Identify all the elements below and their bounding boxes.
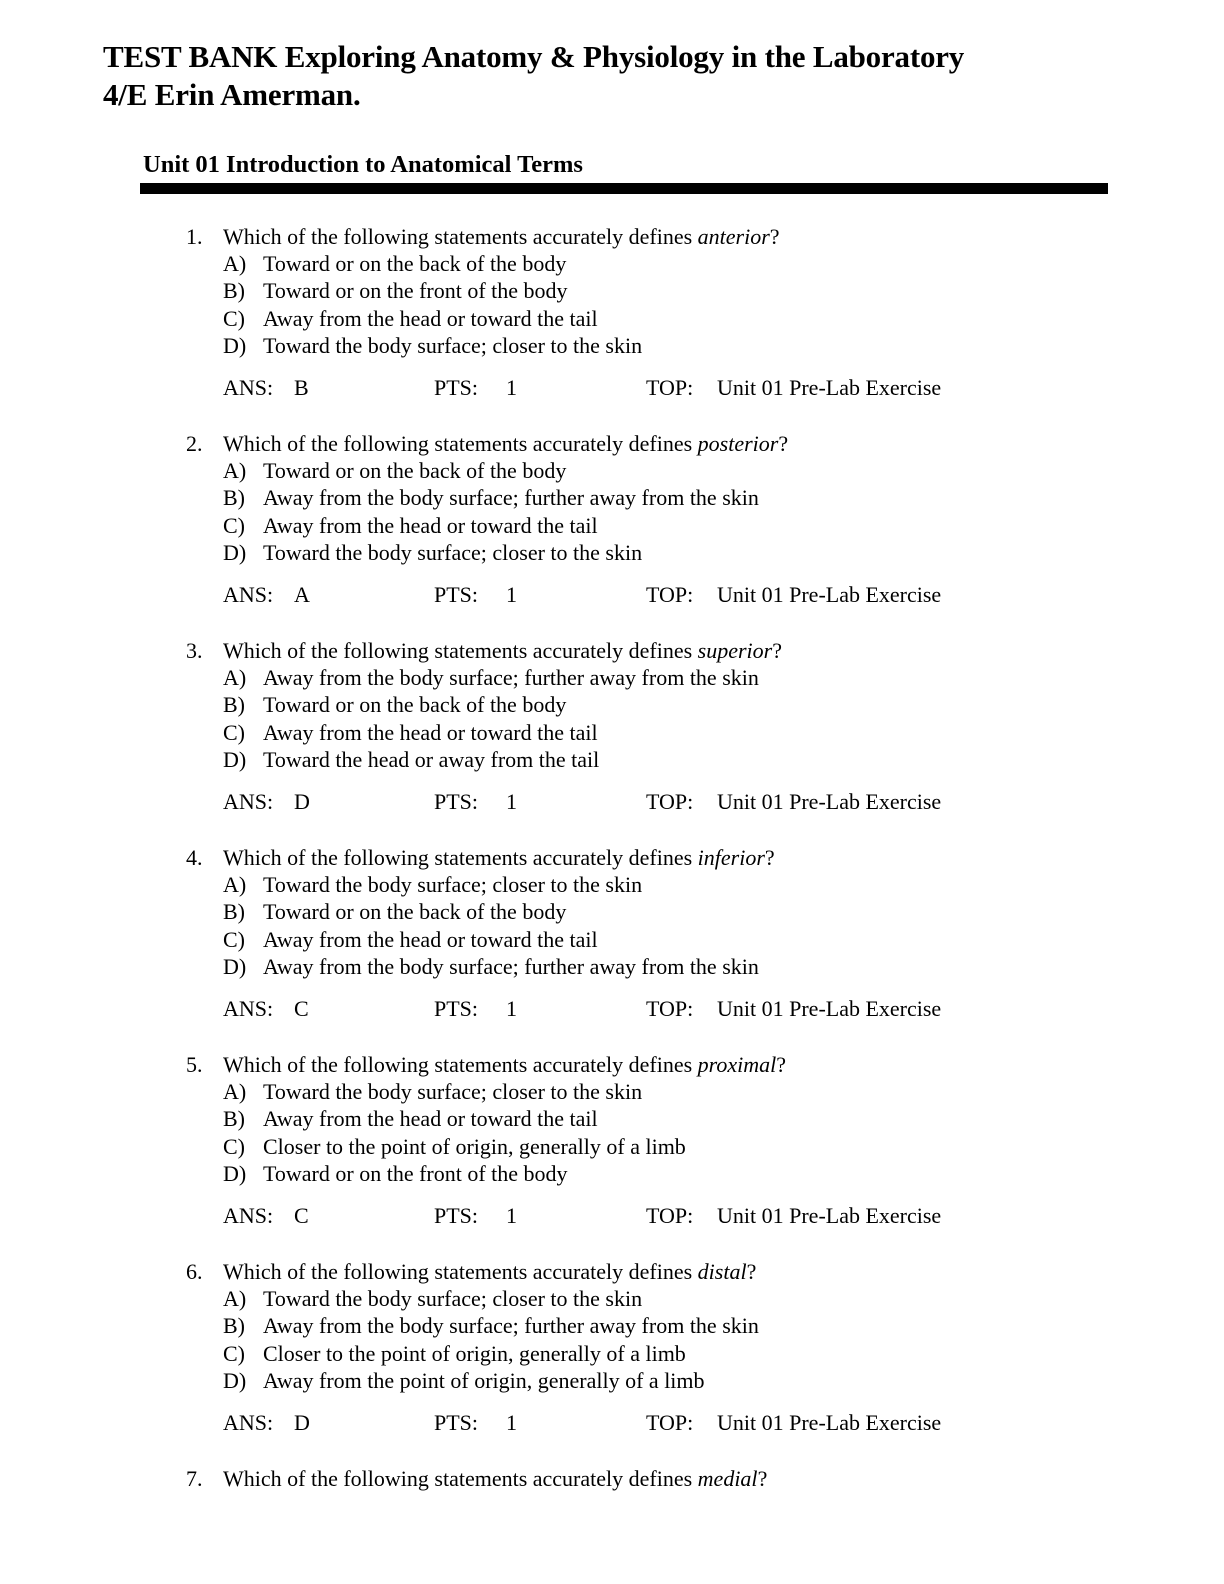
topic-value: Unit 01 Pre-Lab Exercise [717,581,941,608]
answer-value: A [294,581,310,608]
choice-d: D)Toward the body surface; closer to the… [186,332,1006,359]
question-text: Which of the following statements accura… [223,1258,756,1285]
unit-heading: Unit 01 Introduction to Anatomical Terms [143,150,583,180]
choice-d: D)Toward the body surface; closer to the… [186,539,1006,566]
choice-d: D)Toward the head or away from the tail [186,746,1006,773]
question-number: 1. [186,223,203,250]
question-3: 3. Which of the following statements acc… [186,637,1006,816]
choice-c: C)Closer to the point of origin, general… [186,1340,1006,1367]
answer-meta: ANS:D PTS:1 TOP:Unit 01 Pre-Lab Exercise [186,788,1006,816]
answer-meta: ANS:B PTS:1 TOP:Unit 01 Pre-Lab Exercise [186,374,1006,402]
title-line-1: TEST BANK Exploring Anatomy & Physiology… [103,38,1103,76]
heading-rule-divider [140,183,1108,194]
points-value: 1 [506,995,517,1022]
question-text: Which of the following statements accura… [223,223,780,250]
choice-d: D)Away from the point of origin, general… [186,1367,1006,1394]
question-term: anterior [698,224,770,249]
question-number: 6. [186,1258,203,1285]
choice-a: A)Toward the body surface; closer to the… [186,1078,1006,1105]
choice-a: A)Toward or on the back of the body [186,250,1006,277]
choice-b: B)Toward or on the front of the body [186,277,1006,304]
answer-value: C [294,1202,309,1229]
question-text: Which of the following statements accura… [223,430,788,457]
choice-c: C)Closer to the point of origin, general… [186,1133,1006,1160]
choice-d: D)Toward or on the front of the body [186,1160,1006,1187]
choice-b: B)Away from the body surface; further aw… [186,1312,1006,1339]
answer-meta: ANS:C PTS:1 TOP:Unit 01 Pre-Lab Exercise [186,1202,1006,1230]
question-number: 5. [186,1051,203,1078]
choice-b: B)Toward or on the back of the body [186,691,1006,718]
choice-a: A)Toward the body surface; closer to the… [186,871,1006,898]
answer-value: D [294,1409,310,1436]
question-5: 5. Which of the following statements acc… [186,1051,1006,1230]
topic-value: Unit 01 Pre-Lab Exercise [717,1409,941,1436]
question-2: 2. Which of the following statements acc… [186,430,1006,609]
answer-value: D [294,788,310,815]
choice-b: B)Away from the body surface; further aw… [186,484,1006,511]
question-stem: 7. Which of the following statements acc… [186,1465,1006,1492]
question-stem: 2. Which of the following statements acc… [186,430,1006,457]
choice-a: A)Toward the body surface; closer to the… [186,1285,1006,1312]
question-4: 4. Which of the following statements acc… [186,844,1006,1023]
answer-value: C [294,995,309,1022]
choice-a: A)Away from the body surface; further aw… [186,664,1006,691]
document-title: TEST BANK Exploring Anatomy & Physiology… [103,38,1103,114]
choice-b: B)Away from the head or toward the tail [186,1105,1006,1132]
question-term: posterior [698,431,779,456]
question-stem: 3. Which of the following statements acc… [186,637,1006,664]
question-term: proximal [698,1052,777,1077]
choice-c: C)Away from the head or toward the tail [186,926,1006,953]
question-text: Which of the following statements accura… [223,637,782,664]
topic-value: Unit 01 Pre-Lab Exercise [717,374,941,401]
points-value: 1 [506,788,517,815]
choice-c: C)Away from the head or toward the tail [186,719,1006,746]
question-1: 1. Which of the following statements acc… [186,223,1006,402]
question-number: 4. [186,844,203,871]
topic-value: Unit 01 Pre-Lab Exercise [717,1202,941,1229]
question-6: 6. Which of the following statements acc… [186,1258,1006,1437]
question-7: 7. Which of the following statements acc… [186,1465,1006,1492]
choice-c: C)Away from the head or toward the tail [186,512,1006,539]
points-value: 1 [506,581,517,608]
question-stem: 4. Which of the following statements acc… [186,844,1006,871]
choice-b: B)Toward or on the back of the body [186,898,1006,925]
choice-d: D)Away from the body surface; further aw… [186,953,1006,980]
question-stem: 1. Which of the following statements acc… [186,223,1006,250]
choice-a: A)Toward or on the back of the body [186,457,1006,484]
question-text: Which of the following statements accura… [223,1051,786,1078]
question-term: distal [698,1259,747,1284]
question-number: 2. [186,430,203,457]
answer-meta: ANS:D PTS:1 TOP:Unit 01 Pre-Lab Exercise [186,1409,1006,1437]
points-value: 1 [506,374,517,401]
points-value: 1 [506,1409,517,1436]
title-line-2: 4/E Erin Amerman. [103,76,1103,114]
choice-c: C)Away from the head or toward the tail [186,305,1006,332]
question-stem: 6. Which of the following statements acc… [186,1258,1006,1285]
topic-value: Unit 01 Pre-Lab Exercise [717,788,941,815]
answer-meta: ANS:A PTS:1 TOP:Unit 01 Pre-Lab Exercise [186,581,1006,609]
question-number: 3. [186,637,203,664]
topic-value: Unit 01 Pre-Lab Exercise [717,995,941,1022]
question-text: Which of the following statements accura… [223,1465,767,1492]
answer-value: B [294,374,309,401]
question-number: 7. [186,1465,203,1492]
question-text: Which of the following statements accura… [223,844,775,871]
answer-meta: ANS:C PTS:1 TOP:Unit 01 Pre-Lab Exercise [186,995,1006,1023]
question-term: medial [698,1466,758,1491]
points-value: 1 [506,1202,517,1229]
question-term: superior [698,638,773,663]
question-stem: 5. Which of the following statements acc… [186,1051,1006,1078]
question-term: inferior [698,845,765,870]
